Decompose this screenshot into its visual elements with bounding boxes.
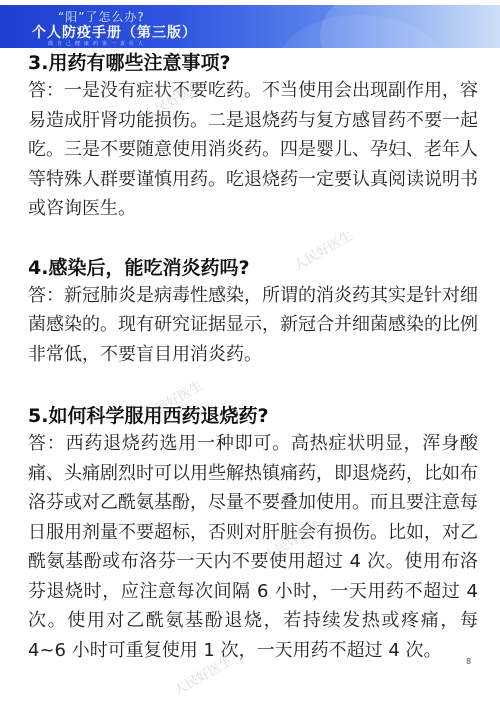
section-title: 3.用药有哪些注意事项? — [28, 50, 478, 76]
section-body: 答：一是没有症状不要吃药。不当使用会出现副作用，容易造成肝肾功能损伤。二是退烧药… — [28, 76, 478, 224]
section-4: 4.感染后，能吃消炎药吗? 答：新冠肺炎是病毒性感染，所谓的消炎药其实是针对细菌… — [28, 255, 478, 370]
section-title: 5.如何科学服用西药退烧药? — [28, 403, 478, 429]
section-5: 5.如何科学服用西药退烧药? 答：西药退烧药选用一种即可。高热症状明显，浑身酸痛… — [28, 403, 478, 665]
section-body: 答：西药退烧药选用一种即可。高热症状明显，浑身酸痛、头痛剧烈时可以用些解热镇痛药… — [28, 429, 478, 665]
banner-slogan: 做自己健康的第一责任人 — [48, 40, 147, 47]
page-number: 8 — [466, 657, 471, 666]
banner-title: 个人防疫手册（第三版） — [32, 22, 197, 42]
section-body: 答：新冠肺炎是病毒性感染，所谓的消炎药其实是针对细菌感染的。现有研究证据显示，新… — [28, 281, 478, 370]
section-title: 4.感染后，能吃消炎药吗? — [28, 255, 478, 281]
header-banner: “阳”了怎么办? 个人防疫手册（第三版） 做自己健康的第一责任人 — [0, 5, 500, 48]
section-3: 3.用药有哪些注意事项? 答：一是没有症状不要吃药。不当使用会出现副作用，容易造… — [28, 50, 478, 224]
document-body: 3.用药有哪些注意事项? 答：一是没有症状不要吃药。不当使用会出现副作用，容易造… — [28, 50, 478, 665]
